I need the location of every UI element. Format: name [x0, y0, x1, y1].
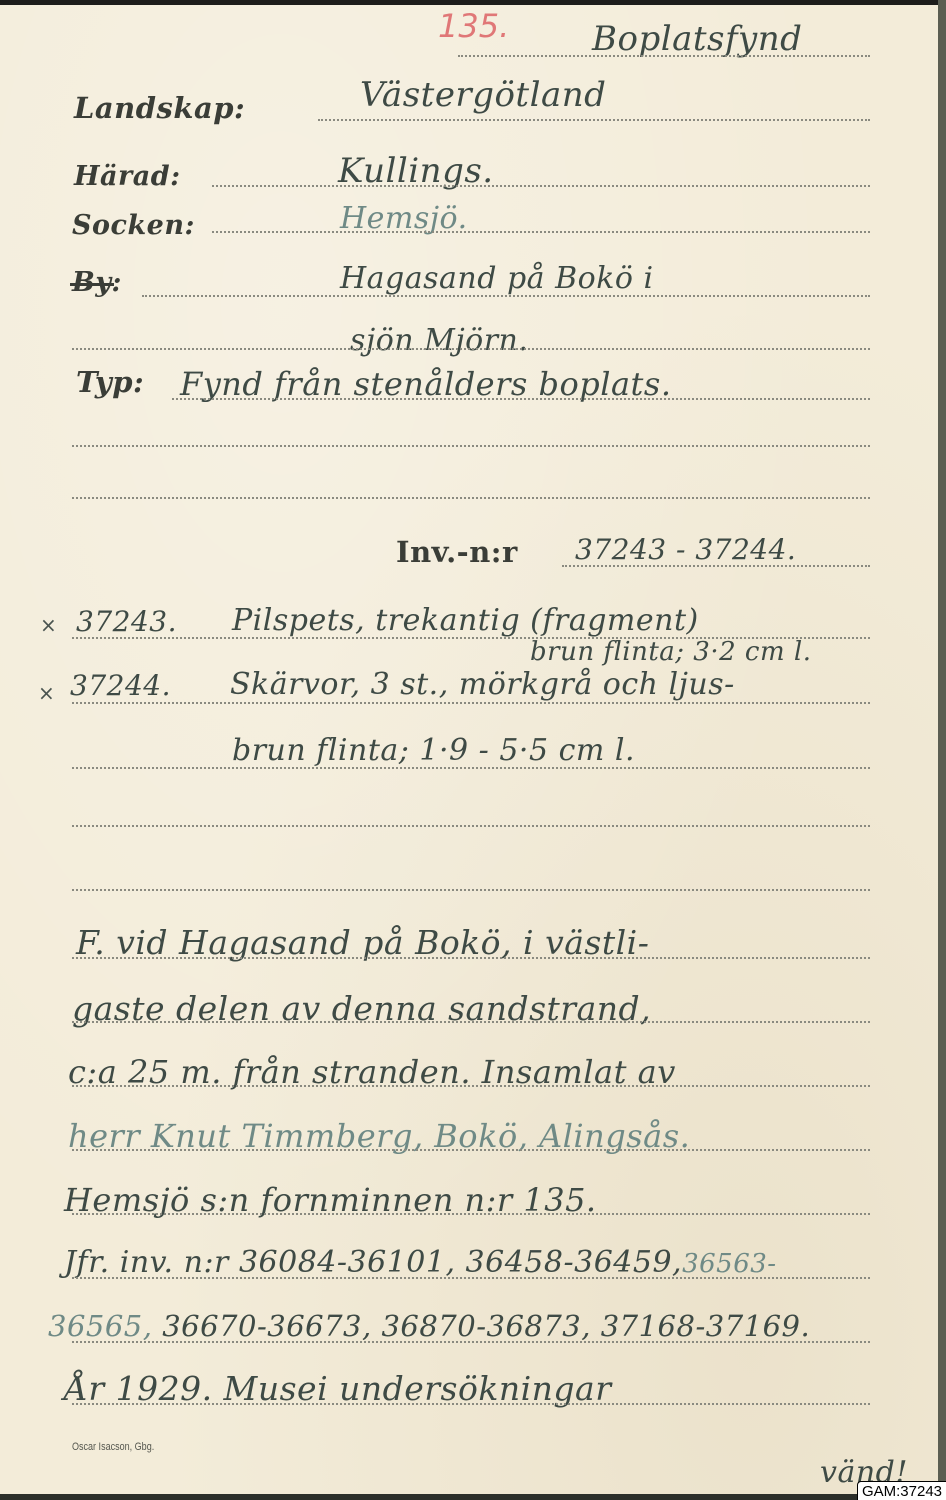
card-edge-right: [938, 0, 946, 1500]
comparisons-line-2: 36565, 36670-36673, 36870-36873, 37168-3…: [48, 1309, 810, 1343]
blank-rule-4: [72, 889, 870, 891]
blank-rule-3: [72, 825, 870, 827]
category-rule: [458, 55, 870, 57]
item-2-marker: ×: [38, 681, 55, 705]
by-label: By:: [72, 267, 122, 298]
red-card-number: 135.: [438, 7, 509, 45]
comparisons-prefix: Jfr. inv. n:r: [64, 1245, 229, 1280]
inventory-label: Inv.-n:r: [396, 535, 518, 569]
comparisons-rule-2: [72, 1341, 870, 1343]
note-rule-3: [72, 1085, 870, 1087]
landskap-label: Landskap:: [74, 91, 245, 125]
by-value-line2: sjön Mjörn.: [350, 323, 528, 358]
item-2-continuation: brun flinta; 1·9 - 5·5 cm l.: [232, 733, 635, 768]
comparisons-values-1: 36084-36101, 36458-36459,: [239, 1245, 682, 1280]
by-value-line1: Hagasand på Bokö i: [340, 261, 654, 296]
by-rule-2: [72, 348, 870, 350]
item-1-text: Pilspets, trekantig (fragment): [232, 603, 699, 638]
item-1-number: 37243.: [76, 605, 177, 638]
note-rule-5: [72, 1213, 870, 1215]
blank-rule-2: [72, 497, 870, 499]
category-title: Boplatsfynd: [592, 19, 802, 59]
printer-imprint: Oscar Isacson, Gbg.: [72, 1441, 154, 1453]
landskap-value: Västergötland: [360, 75, 606, 115]
item-2-rule: [72, 702, 870, 704]
comparisons-rule-1: [72, 1277, 870, 1279]
blank-rule-1: [72, 445, 870, 447]
collection-id-stamp: GAM:37243: [857, 1481, 946, 1500]
item-2-continuation-rule: [72, 767, 870, 769]
year-rule: [72, 1403, 870, 1405]
comparisons-line-1: Jfr. inv. n:r 36084-36101, 36458-36459,3…: [64, 1245, 777, 1280]
note-rule-1: [72, 957, 870, 959]
typ-rule: [172, 398, 870, 400]
comparisons-values-2-light: 36565,: [48, 1309, 152, 1343]
inventory-rule: [562, 565, 870, 567]
harad-rule: [212, 185, 870, 187]
socken-rule: [212, 231, 870, 233]
typ-label: Typ:: [76, 365, 144, 399]
inventory-value: 37243 - 37244.: [575, 533, 796, 566]
card-edge-bottom: [0, 1494, 946, 1500]
note-rule-2: [72, 1021, 870, 1023]
item-2-text: Skärvor, 3 st., mörkgrå och ljus-: [230, 667, 735, 702]
catalog-card: 135. Boplatsfynd Landskap: Västergötland…: [0, 5, 938, 1495]
by-rule-1: [142, 295, 870, 297]
harad-label: Härad:: [74, 161, 181, 192]
item-1-marker: ×: [40, 613, 57, 637]
socken-label: Socken:: [72, 210, 195, 241]
comparisons-values-2: 36670-36673, 36870-36873, 37168-37169.: [162, 1309, 810, 1343]
landskap-rule: [318, 119, 870, 121]
item-2-number: 37244.: [70, 669, 171, 702]
comparisons-values-1-light: 36563-: [682, 1249, 777, 1279]
by-label-struck: By: [72, 267, 112, 298]
item-1-continuation: brun flinta; 3·2 cm l.: [530, 637, 811, 667]
note-rule-4: [72, 1149, 870, 1151]
